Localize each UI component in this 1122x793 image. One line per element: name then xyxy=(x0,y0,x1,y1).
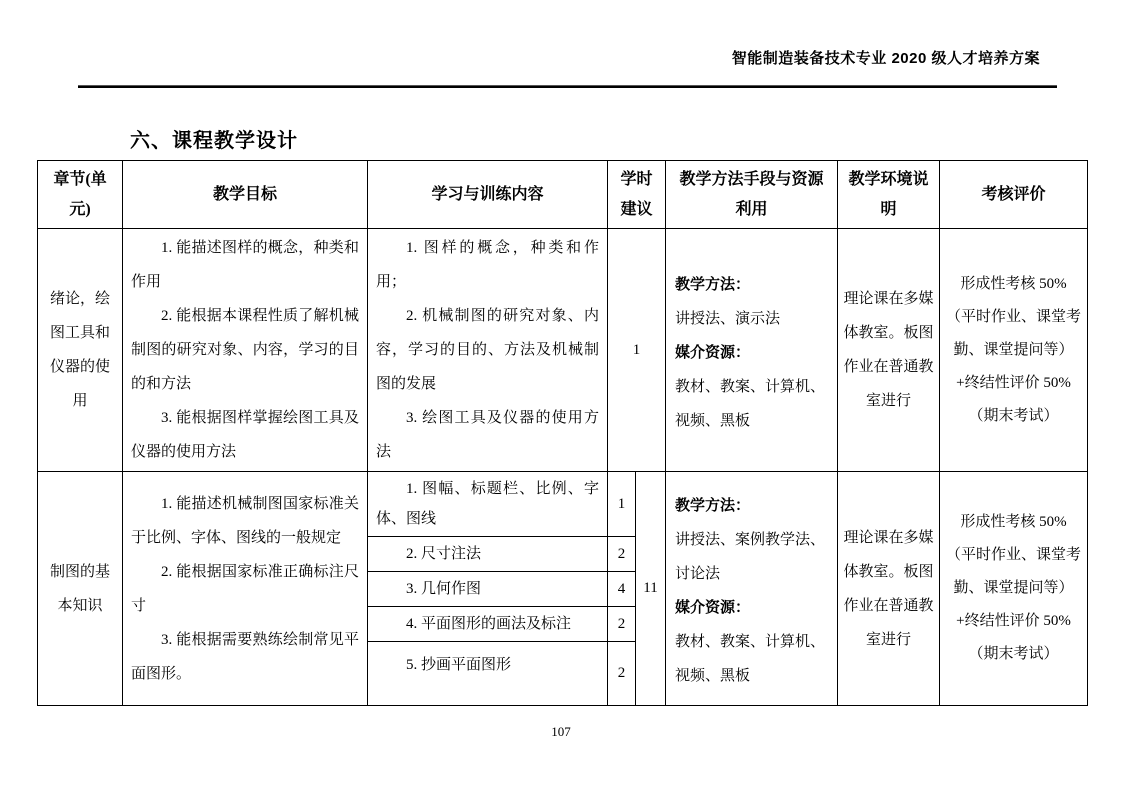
chapter-2-objectives: 1. 能描述机械制图国家标准关于比例、字体、图线的一般规定 2. 能根据国家标准… xyxy=(123,472,368,706)
table-header-row: 章节(单元) 教学目标 学习与训练内容 学时建议 教学方法手段与资源利用 教学环… xyxy=(38,161,1088,229)
chapter-2-name: 制图的基本知识 xyxy=(38,472,123,706)
media-text: 教材、教案、计算机、视频、黑板 xyxy=(675,625,828,693)
content-item-text: 3. 绘图工具及仪器的使用方法 xyxy=(376,401,599,469)
methods-label: 教学方法： xyxy=(675,268,828,302)
content-item-text: 4. 平面图形的画法及标注 xyxy=(376,609,599,639)
header-divider-rule xyxy=(78,85,1057,88)
chapter-2-content-item-3: 3. 几何作图 xyxy=(368,572,608,607)
content-item-text: 2. 机械制图的研究对象、内容，学习的目的、方法及机械制图的发展 xyxy=(376,299,599,401)
chapter-2-hours-total: 11 xyxy=(636,472,666,706)
content-item-5-hours: 2 xyxy=(608,642,636,706)
objective-item: 2. 能根据本课程性质了解机械制图的研究对象、内容，学习的目的和方法 xyxy=(131,299,359,401)
chapter-2-content-item-5: 5. 抄画平面图形 xyxy=(368,642,608,706)
content-item-4-hours: 2 xyxy=(608,607,636,642)
chapter-2-content-item-4: 4. 平面图形的画法及标注 xyxy=(368,607,608,642)
header-objectives: 教学目标 xyxy=(123,161,368,229)
section-title: 六、课程教学设计 xyxy=(130,124,298,153)
content-item-3-hours: 4 xyxy=(608,572,636,607)
header-chapter: 章节(单元) xyxy=(38,161,123,229)
objective-item: 1. 能描述图样的概念，种类和作用 xyxy=(131,231,359,299)
chapter-1-methods: 教学方法： 讲授法、演示法 媒介资源： 教材、教案、计算机、视频、黑板 xyxy=(666,229,838,472)
header-environment: 教学环境说明 xyxy=(838,161,940,229)
chapter-1-content: 1. 图样的概念，种类和作用； 2. 机械制图的研究对象、内容，学习的目的、方法… xyxy=(368,229,608,472)
objective-item: 1. 能描述机械制图国家标准关于比例、字体、图线的一般规定 xyxy=(131,487,359,555)
content-item-text: 2. 尺寸注法 xyxy=(376,539,599,569)
chapter-1-environment: 理论课在多媒体教室。板图作业在普通教室进行 xyxy=(838,229,940,472)
media-label: 媒介资源： xyxy=(675,591,828,625)
course-design-table: 章节(单元) 教学目标 学习与训练内容 学时建议 教学方法手段与资源利用 教学环… xyxy=(37,160,1088,706)
objective-item: 2. 能根据国家标准正确标注尺寸 xyxy=(131,555,359,623)
content-item-text: 3. 几何作图 xyxy=(376,574,599,604)
chapter-1-hours-total: 1 xyxy=(608,229,666,472)
header-hours: 学时建议 xyxy=(608,161,666,229)
chapter-1-name: 绪论，绘图工具和仪器的使用 xyxy=(38,229,123,472)
chapter-2-environment: 理论课在多媒体教室。板图作业在普通教室进行 xyxy=(838,472,940,706)
content-item-1-hours: 1 xyxy=(608,472,636,537)
document-page: 智能制造装备技术专业 2020 级人才培养方案 六、课程教学设计 章节(单元) … xyxy=(0,0,1122,793)
header-methods: 教学方法手段与资源利用 xyxy=(666,161,838,229)
chapter-1-objectives: 1. 能描述图样的概念，种类和作用 2. 能根据本课程性质了解机械制图的研究对象… xyxy=(123,229,368,472)
chapter-1-assessment: 形成性考核 50%（平时作业、课堂考勤、课堂提问等）+终结性评价 50%（期末考… xyxy=(940,229,1088,472)
table-row-chapter-2-sub-1: 制图的基本知识 1. 能描述机械制图国家标准关于比例、字体、图线的一般规定 2.… xyxy=(38,472,1088,537)
chapter-2-content-item-2: 2. 尺寸注法 xyxy=(368,537,608,572)
content-item-text: 1. 图幅、标题栏、比例、字体、图线 xyxy=(376,474,599,534)
objective-item: 3. 能根据图样掌握绘图工具及仪器的使用方法 xyxy=(131,401,359,469)
page-header-title: 智能制造装备技术专业 2020 级人才培养方案 xyxy=(732,47,1040,68)
header-content: 学习与训练内容 xyxy=(368,161,608,229)
content-item-text: 1. 图样的概念，种类和作用； xyxy=(376,231,599,299)
objective-item: 3. 能根据需要熟练绘制常见平面图形。 xyxy=(131,623,359,691)
methods-label: 教学方法： xyxy=(675,489,828,523)
header-assessment: 考核评价 xyxy=(940,161,1088,229)
chapter-2-content-item-1: 1. 图幅、标题栏、比例、字体、图线 xyxy=(368,472,608,537)
media-label: 媒介资源： xyxy=(675,336,828,370)
chapter-2-methods: 教学方法： 讲授法、案例教学法、讨论法 媒介资源： 教材、教案、计算机、视频、黑… xyxy=(666,472,838,706)
content-item-2-hours: 2 xyxy=(608,537,636,572)
methods-text: 讲授法、案例教学法、讨论法 xyxy=(675,523,828,591)
media-text: 教材、教案、计算机、视频、黑板 xyxy=(675,370,828,438)
methods-text: 讲授法、演示法 xyxy=(675,302,828,336)
chapter-2-assessment: 形成性考核 50%（平时作业、课堂考勤、课堂提问等）+终结性评价 50%（期末考… xyxy=(940,472,1088,706)
content-item-text: 5. 抄画平面图形 xyxy=(376,650,599,680)
page-number: 107 xyxy=(0,724,1122,740)
table-row-chapter-1: 绪论，绘图工具和仪器的使用 1. 能描述图样的概念，种类和作用 2. 能根据本课… xyxy=(38,229,1088,472)
